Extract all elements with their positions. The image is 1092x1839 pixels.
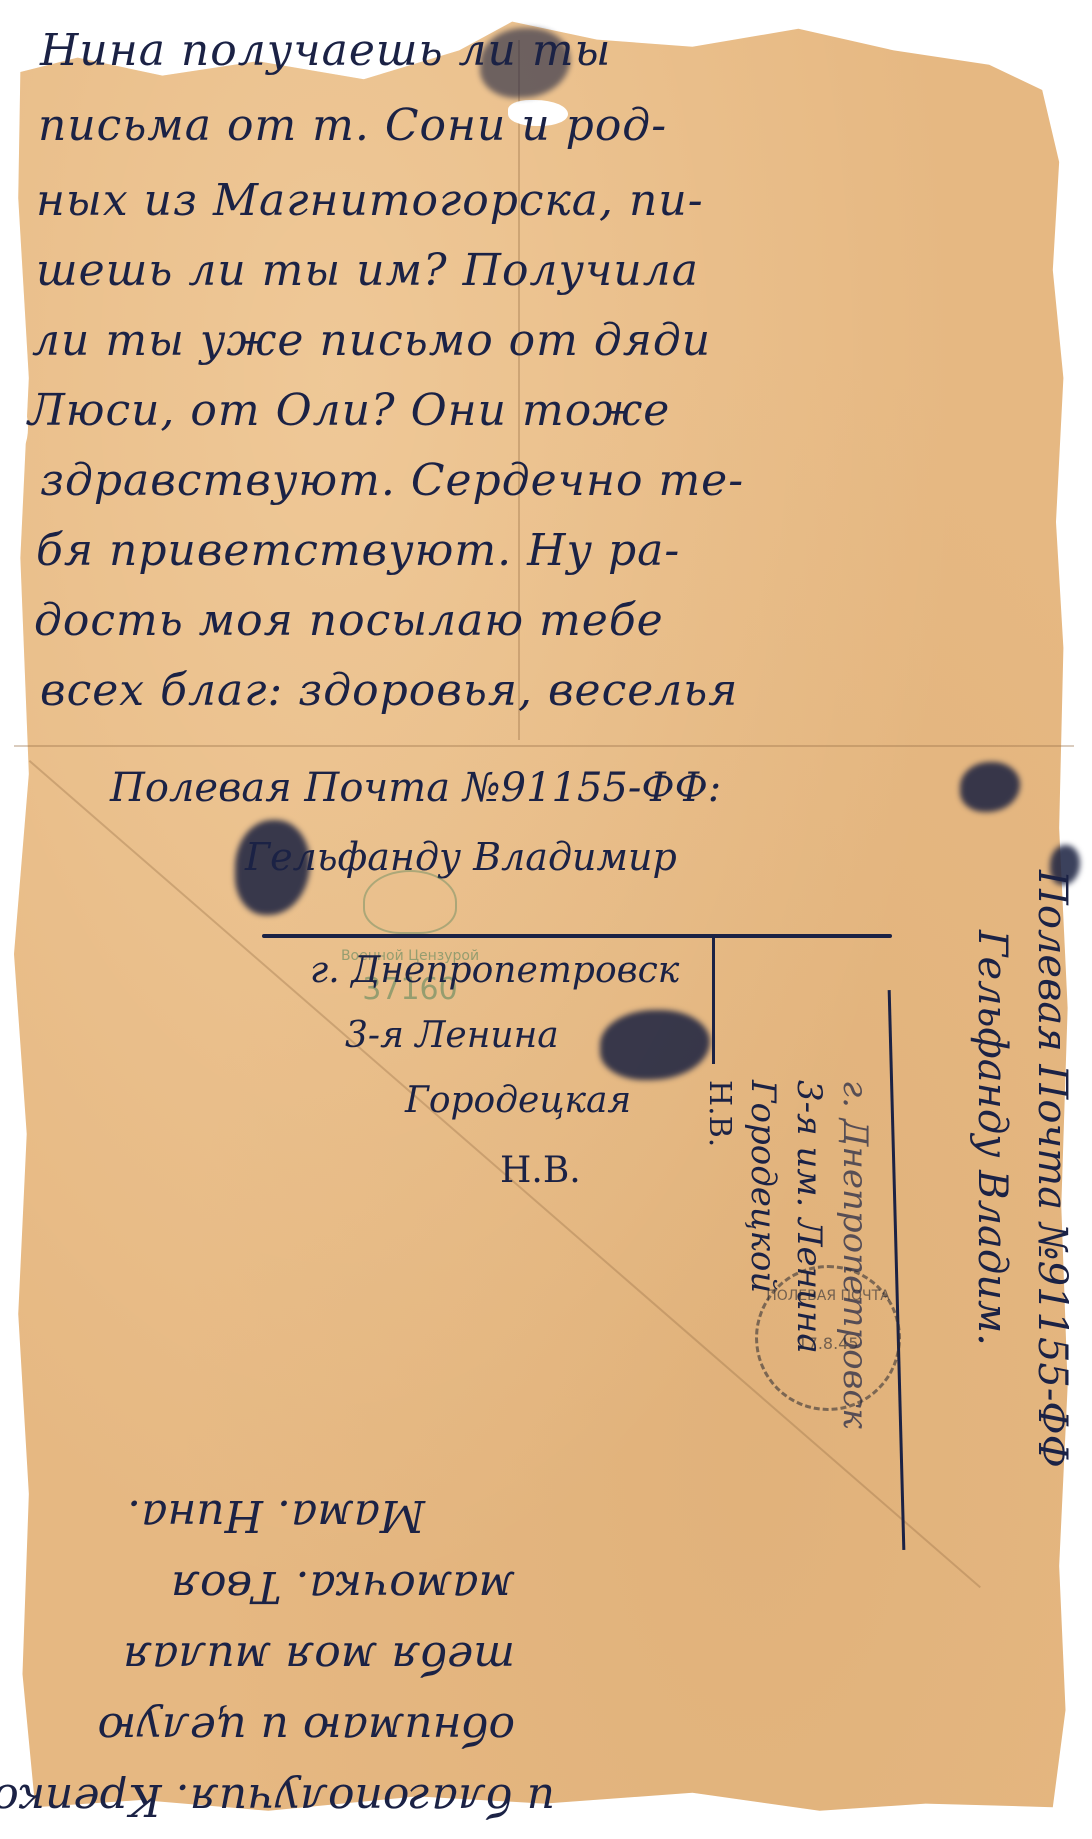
address-divider-vertical	[712, 934, 715, 1064]
right-edge-address: Полевая Почта №91155-ФФ Гельфанду Владим…	[969, 870, 1075, 1468]
torn-notch	[0, 395, 28, 455]
closing-line: обнимаю и целую	[0, 1703, 515, 1754]
vertical-initials: Н.В.	[702, 1080, 737, 1429]
letter-line: здравствуют. Сердечно те-	[40, 455, 744, 506]
letter-line: всех благ: здоровья, веселья	[40, 665, 738, 716]
letter-line: дость моя посылаю тебе	[34, 595, 664, 646]
fold-line-horizontal	[14, 745, 1074, 747]
upside-down-closing: и благополучия. Крепко обнимаю и целую т…	[0, 1490, 555, 1825]
recipient-line-field-post: Полевая Почта №91155-ФФ:	[110, 765, 721, 811]
postmark-text: ПОЛЕВАЯ ПОЧТА	[758, 1288, 898, 1304]
postmark-stamp: ПОЛЕВАЯ ПОЧТА 17.8.45	[755, 1265, 901, 1411]
letter-line: ли ты уже письмо от дяди	[32, 315, 711, 366]
postmark-date: 17.8.45	[758, 1334, 898, 1353]
closing-line: мамочка. Твоя	[0, 1561, 515, 1612]
stamp-emblem-icon	[363, 870, 457, 934]
closing-line: и благополучия. Крепко	[0, 1774, 555, 1825]
sender-initials: Н.В.	[500, 1150, 581, 1191]
letter-line: шешь ли ты им? Получила	[36, 245, 699, 296]
sender-city: г. Днепропетровск	[310, 950, 679, 991]
right-address-line-name: Гельфанду Владим.	[969, 930, 1015, 1468]
letter-line: письма от т. Сони и род-	[38, 100, 667, 151]
letter-line: ных из Магнитогорска, пи-	[36, 175, 704, 226]
letter-line: Люси, от Оли? Они тоже	[28, 385, 670, 436]
sender-street: 3-я Ленина	[345, 1015, 559, 1056]
letter-line: Нина получаешь ли ты	[40, 25, 611, 76]
right-address-line-field-post: Полевая Почта №91155-ФФ	[1029, 870, 1075, 1468]
closing-line: Мама. Нина.	[0, 1490, 425, 1541]
sender-name: Городецкая	[405, 1080, 631, 1121]
closing-line: тебя моя милая	[0, 1632, 515, 1683]
letter-line: бя приветствуют. Ну ра-	[36, 525, 680, 576]
